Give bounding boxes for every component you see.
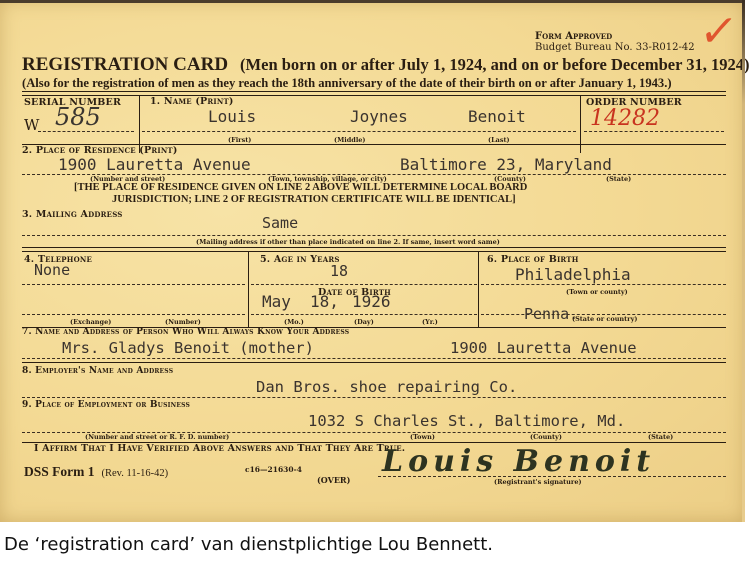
divider — [478, 252, 479, 327]
divider — [22, 91, 726, 96]
divider — [22, 314, 245, 315]
age-value: 18 — [330, 262, 348, 280]
form-title-row: REGISTRATION CARD (Men born on or after … — [22, 54, 750, 76]
employment-value: 1032 S Charles St., Baltimore, Md. — [308, 412, 625, 430]
exchange-caption: (Exchange) — [70, 318, 111, 326]
name-middle: Joynes — [350, 107, 408, 126]
divider — [248, 252, 249, 327]
order-number-value: 14282 — [590, 106, 660, 131]
birth-town: Philadelphia — [515, 265, 631, 284]
name-label: 1. Name (Print) — [150, 96, 234, 107]
name-last: Benoit — [468, 107, 526, 126]
residence-street: 1900 Lauretta Avenue — [58, 155, 251, 174]
residence-notice-line1: [THE PLACE OF RESIDENCE GIVEN ON LINE 2 … — [74, 182, 527, 193]
employment-label: 9. Place of Employment or Business — [22, 400, 190, 410]
town-or-county-caption: (Town or county) — [566, 288, 628, 296]
divider — [22, 284, 245, 285]
form-revision: (Rev. 11-16-42) — [102, 468, 169, 479]
residence-notice-line2: JURISDICTION; LINE 2 OF REGISTRATION CER… — [112, 194, 516, 205]
affirmation-text: I Affirm That I Have Verified Above Answ… — [34, 443, 405, 454]
number-caption: (Number) — [165, 318, 201, 326]
divider — [38, 131, 134, 132]
form-name: DSS Form 1 — [24, 464, 95, 479]
signature-caption: (Registrant's signature) — [494, 478, 582, 486]
divider — [481, 284, 726, 285]
mailing-caption: (Mailing address if other than place ind… — [196, 238, 500, 246]
residence-city-state: Baltimore 23, Maryland — [400, 155, 612, 174]
serial-number-value: 585 — [55, 103, 101, 131]
check-mark-icon: ✓ — [696, 6, 740, 57]
form-footer: DSS Form 1 (Rev. 11-16-42) — [24, 463, 168, 481]
state-caption: (State) — [648, 433, 673, 441]
budget-bureau-number: Budget Bureau No. 33-R012-42 — [535, 42, 695, 53]
first-caption: (First) — [228, 136, 251, 144]
divider — [251, 284, 477, 285]
street-rfd-caption: (Number and street or R. F. D. number) — [85, 433, 229, 441]
mailing-address-label: 3. Mailing Address — [22, 209, 123, 220]
form-title-subtitle: (Men born on or after July 1, 1924, and … — [240, 55, 749, 74]
place-of-birth-label: 6. Place of Birth — [487, 254, 579, 265]
print-code: c16—21630-4 — [245, 465, 302, 474]
dob-day: 18, — [310, 292, 339, 311]
divider — [378, 476, 726, 477]
image-caption: De ‘registration card’ van dienstplichti… — [4, 534, 493, 555]
last-caption: (Last) — [488, 136, 510, 144]
divider — [251, 314, 477, 315]
mailing-address-value: Same — [262, 214, 298, 232]
county-caption: (County) — [530, 433, 562, 441]
employer-label: 8. Employer's Name and Address — [22, 366, 173, 376]
telephone-value: None — [34, 261, 70, 279]
divider — [22, 358, 726, 359]
divider — [22, 235, 726, 236]
employer-value: Dan Bros. shoe repairing Co. — [256, 378, 517, 396]
day-caption: (Day) — [354, 318, 374, 326]
divider — [22, 247, 726, 252]
dob-month: May — [262, 292, 291, 311]
contact-label: 7. Name and Address of Person Who Will A… — [22, 327, 349, 337]
over-label: (OVER) — [317, 475, 350, 485]
year-caption: (Yr.) — [422, 318, 438, 326]
divider — [22, 362, 726, 363]
divider — [584, 131, 724, 132]
dob-year: 1926 — [352, 292, 391, 311]
month-caption: (Mo.) — [284, 318, 304, 326]
town-caption: (Town) — [410, 433, 435, 441]
form-title: REGISTRATION CARD — [22, 54, 228, 75]
middle-caption: (Middle) — [334, 136, 366, 144]
divider — [142, 131, 576, 132]
state-caption: (State) — [606, 175, 631, 183]
divider — [22, 397, 726, 398]
age-label: 5. Age in Years — [260, 254, 340, 265]
contact-address: 1900 Lauretta Avenue — [450, 339, 637, 357]
registrant-signature: Louis Benoit — [382, 444, 655, 479]
name-first: Louis — [208, 107, 256, 126]
contact-name: Mrs. Gladys Benoit (mother) — [62, 339, 314, 357]
state-or-country-caption: (State or country) — [572, 315, 637, 323]
registration-card: Form Approved Budget Bureau No. 33-R012-… — [0, 0, 745, 522]
form-approved-label: Form Approved — [535, 31, 612, 42]
form-subtitle: (Also for the registration of men as the… — [22, 76, 672, 91]
